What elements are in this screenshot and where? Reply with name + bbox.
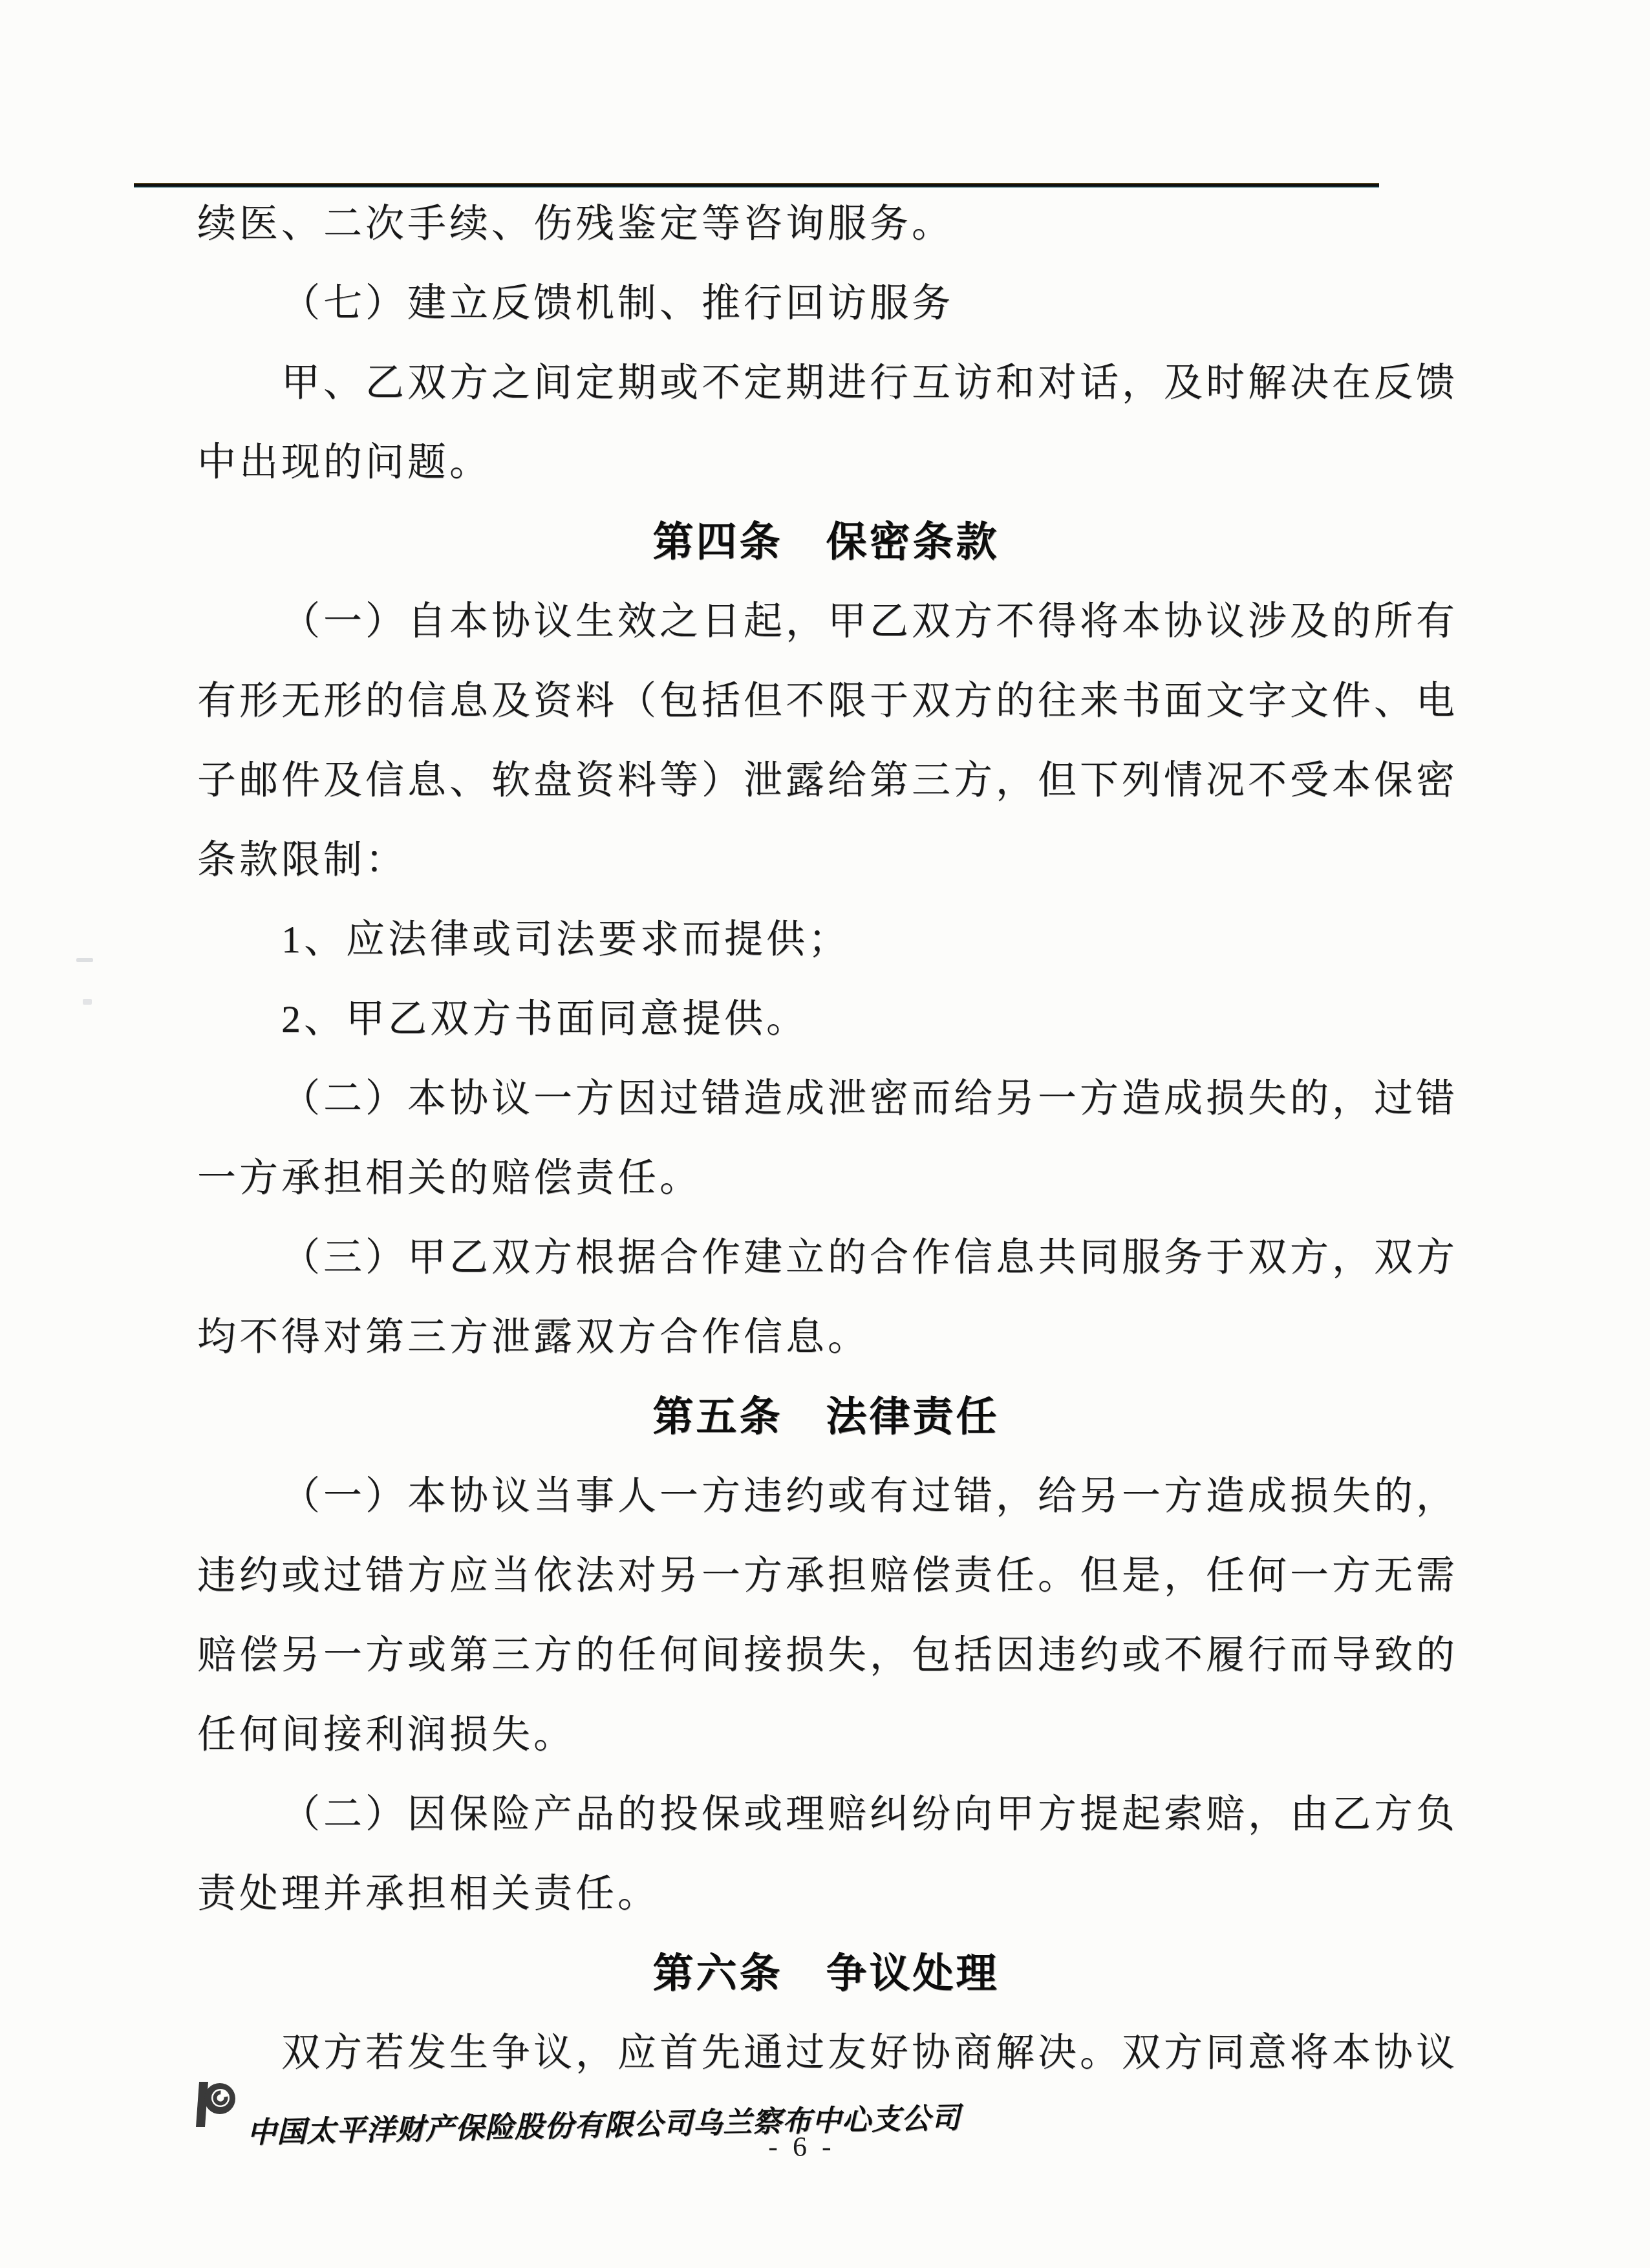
- text-line: 双方若发生争议，应首先通过友好协商解决。双方同意将本协议: [197, 2013, 1455, 2093]
- text-line: （一）自本协议生效之日起，甲乙双方不得将本协议涉及的所有: [197, 582, 1455, 661]
- text-line: 续医、二次手续、伤残鉴定等咨询服务。: [197, 184, 1455, 264]
- text-line: 违约或过错方应当依法对另一方承担赔偿责任。但是，任何一方无需: [197, 1536, 1455, 1616]
- text-line: 任何间接利润损失。: [197, 1695, 1455, 1775]
- document-body: 续医、二次手续、伤残鉴定等咨询服务。 （七）建立反馈机制、推行回访服务 甲、乙双…: [197, 184, 1455, 2093]
- scan-artifact: [76, 958, 93, 962]
- text-line: 子邮件及信息、软盘资料等）泄露给第三方，但下列情况不受本保密: [197, 741, 1455, 820]
- text-line: 2、甲乙双方书面同意提供。: [197, 979, 1455, 1059]
- text-line: （一）本协议当事人一方违约或有过错，给另一方造成损失的，: [197, 1457, 1455, 1536]
- text-line: 一方承担相关的赔偿责任。: [197, 1139, 1455, 1218]
- text-line: 条款限制：: [197, 820, 1455, 900]
- section-heading-confidentiality: 第四条 保密条款: [197, 502, 1455, 582]
- text-line: 有形无形的信息及资料（包括但不限于双方的往来书面文字文件、电: [197, 661, 1455, 741]
- text-line: （三）甲乙双方根据合作建立的合作信息共同服务于双方，双方: [197, 1218, 1455, 1298]
- text-line: 责处理并承担相关责任。: [197, 1854, 1455, 1934]
- text-line: 1、应法律或司法要求而提供；: [197, 900, 1455, 979]
- text-line: （二）本协议一方因过错造成泄密而给另一方造成损失的，过错: [197, 1059, 1455, 1139]
- text-line: （七）建立反馈机制、推行回访服务: [197, 264, 1455, 343]
- scan-artifact: [83, 999, 92, 1005]
- text-line: （二）因保险产品的投保或理赔纠纷向甲方提起索赔，由乙方负: [197, 1775, 1455, 1854]
- page-number: - 6 -: [731, 2130, 873, 2163]
- text-line: 甲、乙双方之间定期或不定期进行互访和对话，及时解决在反馈: [197, 343, 1455, 423]
- section-heading-dispute-resolution: 第六条 争议处理: [197, 1934, 1455, 2013]
- text-line: 均不得对第三方泄露双方合作信息。: [197, 1298, 1455, 1377]
- cpic-logo-icon: [193, 2079, 237, 2131]
- text-line: 赔偿另一方或第三方的任何间接损失，包括因违约或不履行而导致的: [197, 1616, 1455, 1695]
- section-heading-legal-liability: 第五条 法律责任: [197, 1377, 1455, 1457]
- document-page: 续医、二次手续、伤残鉴定等咨询服务。 （七）建立反馈机制、推行回访服务 甲、乙双…: [0, 0, 1650, 2268]
- text-line: 中出现的问题。: [197, 423, 1455, 502]
